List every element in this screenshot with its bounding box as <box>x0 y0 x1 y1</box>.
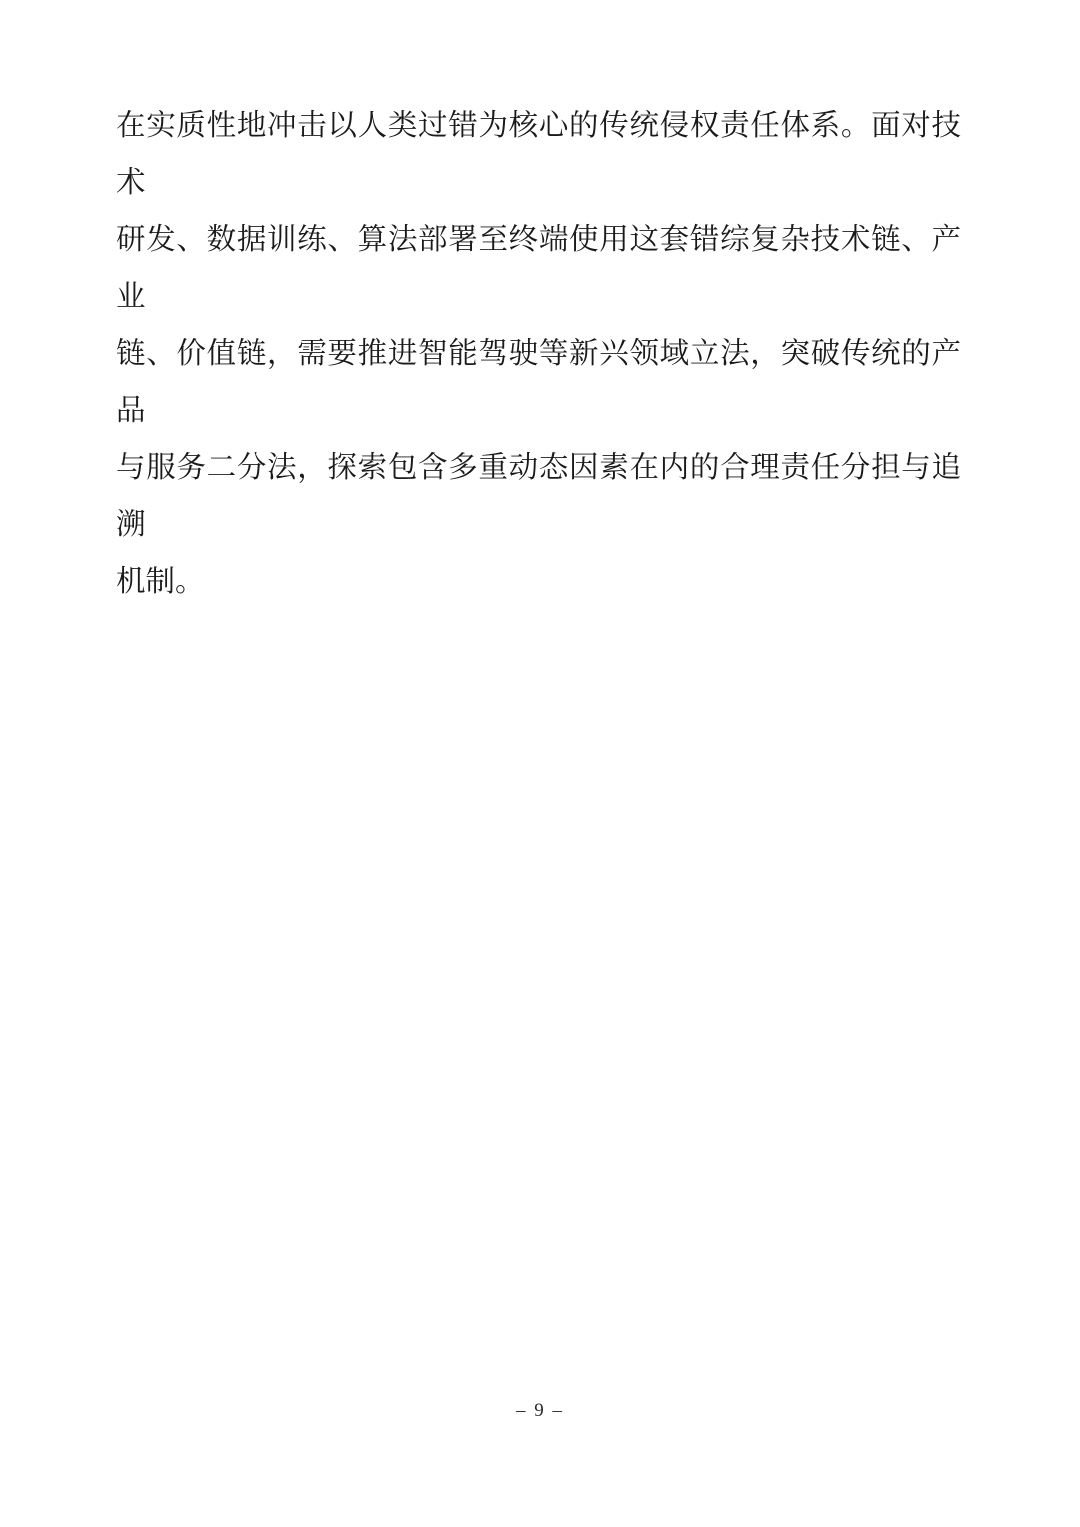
text-line: 机制。 <box>116 554 961 611</box>
text-line: 与服务二分法，探索包含多重动态因素在内的合理责任分担与追溯 <box>116 440 961 554</box>
body-text-paragraph: 在实质性地冲击以人类过错为核心的传统侵权责任体系。面对技术 研发、数据训练、算法… <box>116 98 961 611</box>
document-page: 在实质性地冲击以人类过错为核心的传统侵权责任体系。面对技术 研发、数据训练、算法… <box>0 0 1080 1527</box>
text-line: 在实质性地冲击以人类过错为核心的传统侵权责任体系。面对技术 <box>116 98 961 212</box>
page-number: – 9 – <box>0 1399 1080 1423</box>
text-line: 研发、数据训练、算法部署至终端使用这套错综复杂技术链、产业 <box>116 212 961 326</box>
text-line: 链、价值链，需要推进智能驾驶等新兴领域立法，突破传统的产品 <box>116 326 961 440</box>
